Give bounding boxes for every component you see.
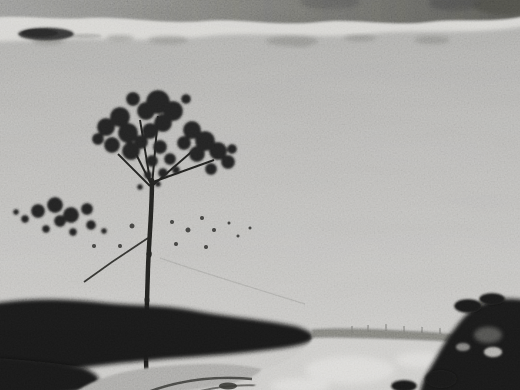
photo-frame [0,0,520,390]
film-grain-overlay-soft [0,0,520,390]
photo [0,0,520,390]
